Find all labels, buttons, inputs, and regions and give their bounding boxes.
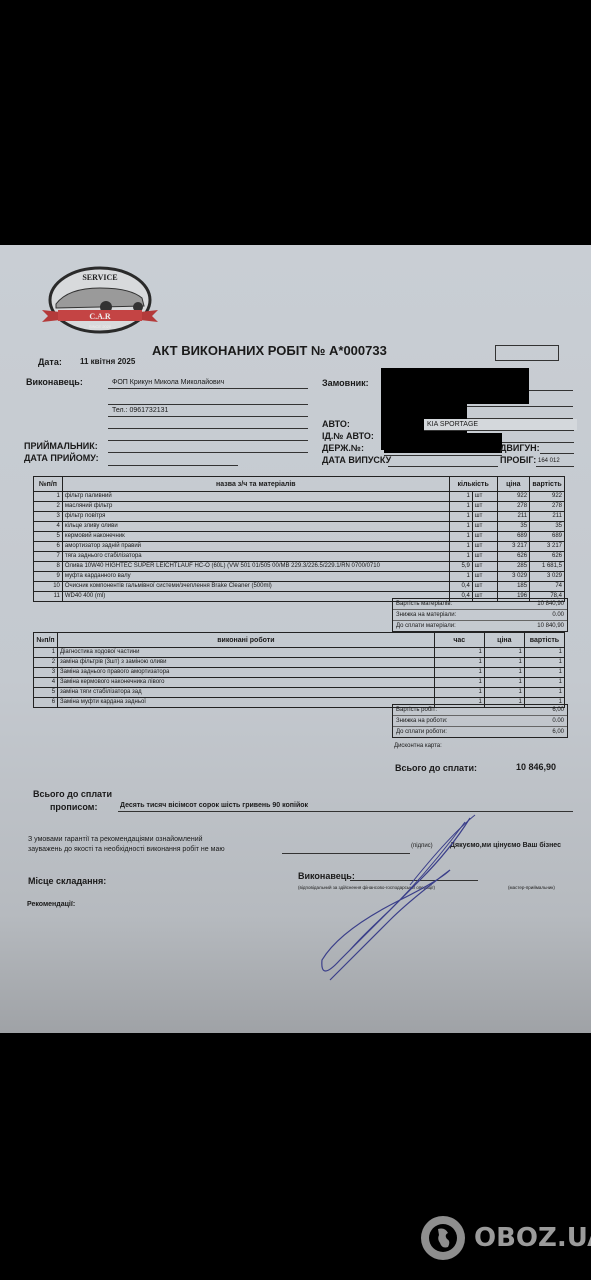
item-total: 3 217 (530, 542, 565, 552)
summary-value: 10 840,90 (537, 599, 564, 609)
table-row: 5кермовий наконечник1шт689689 (34, 532, 565, 542)
item-unit: шт (472, 502, 497, 512)
table-row: 4Заміна кермового наконечника лівого111 (34, 678, 565, 688)
summary-row: Знижка на роботи:0.00 (393, 716, 567, 727)
summary-label: До сплати матеріали: (396, 621, 456, 631)
item-total: 74 (530, 582, 565, 592)
item-total: 211 (530, 512, 565, 522)
work-total: 1 (524, 688, 564, 698)
svg-text:SINCE 2020: SINCE 2020 (89, 324, 112, 329)
svg-text:SERVICE: SERVICE (82, 273, 117, 282)
item-price: 626 (497, 552, 530, 562)
table-row: 8Олива 10W40 HIGHTEC SUPER LEICHTLAUF HC… (34, 562, 565, 572)
table-row: 3Заміна заднього правого амортизатора111 (34, 668, 565, 678)
item-total: 689 (530, 532, 565, 542)
mileage-label: ПРОБІГ: (500, 455, 536, 465)
item-qty: 1 (449, 532, 472, 542)
work-name: Заміна муфти кардана задньої (58, 698, 435, 708)
work-price: 1 (484, 668, 524, 678)
item-price: 3 217 (497, 542, 530, 552)
item-total: 922 (530, 492, 565, 502)
vin-label: ІД.№ АВТО: (322, 431, 374, 441)
item-qty: 1 (449, 542, 472, 552)
item-total: 35 (530, 522, 565, 532)
work-hours: 1 (434, 668, 484, 678)
table-row: 2масляний фільтр1шт278278 (34, 502, 565, 512)
summary-row: До сплати роботи:6,00 (393, 727, 567, 737)
item-price: 35 (497, 522, 530, 532)
car-service-logo: SERVICE C.A.R SINCE 2020 (38, 264, 168, 336)
col-number: №п/п (34, 477, 63, 492)
grand-total-label: Всього до сплати: (395, 763, 477, 773)
item-price: 185 (497, 582, 530, 592)
redacted-customer (381, 368, 529, 404)
item-unit: шт (472, 512, 497, 522)
item-unit: шт (472, 492, 497, 502)
agreement-line-2: зауважень до якості та необхідності вико… (28, 846, 225, 853)
item-qty: 0,4 (449, 582, 472, 592)
item-name: фільтр повітря (62, 512, 449, 522)
col-work-name: виконані роботи (58, 633, 435, 648)
row-number: 11 (34, 592, 63, 602)
redacted-plate (384, 433, 502, 453)
summary-row: Знижка на матеріали:0.00 (393, 610, 567, 621)
row-number: 6 (34, 698, 58, 708)
item-qty: 1 (449, 502, 472, 512)
item-unit: шт (472, 522, 497, 532)
summary-label: Вартість матеріалів: (396, 599, 452, 609)
item-qty: 1 (449, 522, 472, 532)
work-hours: 1 (434, 648, 484, 658)
executor-label: Виконавець: (26, 377, 83, 387)
item-name: Очисник компонентів гальмівної системи/з… (62, 582, 449, 592)
in-words-value: Десять тисяч вісімсот сорок шість гривен… (120, 802, 308, 809)
grand-total-value: 10 846,90 (516, 762, 556, 772)
item-total: 3 029 (530, 572, 565, 582)
col-hours: час (434, 633, 484, 648)
table-row: 3фільтр повітря1шт211211 (34, 512, 565, 522)
item-price: 922 (497, 492, 530, 502)
item-price: 278 (497, 502, 530, 512)
work-price: 1 (484, 688, 524, 698)
customer-label: Замовник: (322, 378, 369, 388)
receiver-label: ПРИЙМАЛЬНИК: (24, 441, 98, 451)
table-row: 6амортизатор задній правий1шт3 2173 217 (34, 542, 565, 552)
item-name: тяга заднього стабілізатора (62, 552, 449, 562)
row-number: 1 (34, 648, 58, 658)
work-price: 1 (484, 658, 524, 668)
item-qty: 1 (449, 492, 472, 502)
item-price: 285 (497, 562, 530, 572)
item-price: 689 (497, 532, 530, 542)
engine-label: ДВИГУН: (500, 443, 540, 453)
item-unit: шт (472, 532, 497, 542)
col-number: №п/п (34, 633, 58, 648)
item-price: 211 (497, 512, 530, 522)
item-unit: шт (472, 582, 497, 592)
item-unit: шт (472, 552, 497, 562)
row-number: 10 (34, 582, 63, 592)
handwritten-signature (300, 810, 490, 990)
item-qty: 1 (449, 512, 472, 522)
table-row: 9муфта карданного валу1шт3 0293 029 (34, 572, 565, 582)
car-label: АВТО: (322, 419, 350, 429)
summary-row: Вартість робіт:6,00 (393, 705, 567, 716)
svg-text:C.A.R: C.A.R (89, 312, 111, 321)
recommendations-label: Рекомендації: (27, 901, 75, 908)
col-total: вартість (530, 477, 565, 492)
row-number: 3 (34, 668, 58, 678)
table-row: 5заміна тяги стабілізатора зад111 (34, 688, 565, 698)
item-qty: 1 (449, 572, 472, 582)
summary-row: Вартість матеріалів:10 840,90 (393, 599, 567, 610)
work-total: 1 (524, 668, 564, 678)
table-row: 1Діагностика ходової частини111 (34, 648, 565, 658)
summary-value: 0.00 (552, 610, 564, 620)
summary-label: До сплати роботи: (396, 727, 447, 737)
phone-value: Тел.: 0961732131 (112, 407, 168, 414)
item-total: 626 (530, 552, 565, 562)
materials-summary: Вартість матеріалів:10 840,90Знижка на м… (392, 598, 568, 632)
receive-date-label: ДАТА ПРИЙОМУ: (24, 453, 99, 463)
discount-card-label: Дисконтна карта: (394, 743, 442, 749)
row-number: 4 (34, 522, 63, 532)
row-number: 6 (34, 542, 63, 552)
item-total: 1 681,5 (530, 562, 565, 572)
item-name: масляний фільтр (62, 502, 449, 512)
row-number: 5 (34, 532, 63, 542)
item-name: Олива 10W40 HIGHTEC SUPER LEICHTLAUF HC-… (62, 562, 449, 572)
work-name: заміна тяги стабілізатора зад (58, 688, 435, 698)
work-hours: 1 (434, 678, 484, 688)
table-row: 1фільтр паливний1шт922922 (34, 492, 565, 502)
item-name: фільтр паливний (62, 492, 449, 502)
item-total: 278 (530, 502, 565, 512)
item-name: кермовий наконечник (62, 532, 449, 542)
summary-label: Вартість робіт: (396, 705, 437, 715)
col-qty: кількість (449, 477, 497, 492)
watermark-text: OBOZ.UA (474, 1223, 591, 1253)
item-qty: 5,9 (449, 562, 472, 572)
work-name: Заміна кермового наконечника лівого (58, 678, 435, 688)
master-note: (мастер-приймальник) (508, 885, 555, 890)
summary-row: До сплати матеріали:10 840,90 (393, 621, 567, 631)
table-row: 4кільце зливу оливи1шт3535 (34, 522, 565, 532)
empty-box (495, 345, 559, 361)
work-hours: 1 (434, 658, 484, 668)
work-total: 1 (524, 678, 564, 688)
mileage-value: 164 012 (538, 458, 560, 464)
place-label: Місце складання: (28, 876, 106, 886)
col-total: вартість (524, 633, 564, 648)
work-total: 1 (524, 648, 564, 658)
summary-value: 10 840,90 (537, 621, 564, 631)
document-title: АКТ ВИКОНАНИХ РОБІТ № А*000733 (152, 343, 387, 358)
row-number: 4 (34, 678, 58, 688)
row-number: 5 (34, 688, 58, 698)
summary-label: Знижка на матеріали: (396, 610, 456, 620)
table-row: 7тяга заднього стабілізатора1шт626626 (34, 552, 565, 562)
row-number: 1 (34, 492, 63, 502)
work-hours: 1 (434, 688, 484, 698)
table-row: 2заміна фільтрів (3шт) з заміною оливи11… (34, 658, 565, 668)
agreement-line-1: З умовами гарантії та рекомендаціями озн… (28, 836, 203, 843)
item-unit: шт (472, 542, 497, 552)
row-number: 8 (34, 562, 63, 572)
oboz-watermark: OBOZ.UA (420, 1215, 591, 1261)
year-label: ДАТА ВИПУСКУ (322, 455, 391, 465)
executor-value: ФОП Крикун Микола Миколайович (112, 379, 224, 386)
works-table: №п/п виконані роботи час ціна вартість 1… (33, 632, 565, 708)
row-number: 7 (34, 552, 63, 562)
in-words-label-1: Всього до сплати (33, 789, 112, 799)
item-qty: 1 (449, 552, 472, 562)
work-price: 1 (484, 678, 524, 688)
summary-value: 6,00 (552, 727, 564, 737)
globe-icon (420, 1215, 466, 1261)
row-number: 2 (34, 502, 63, 512)
summary-value: 0.00 (552, 716, 564, 726)
work-name: Діагностика ходової частини (58, 648, 435, 658)
col-price: ціна (497, 477, 530, 492)
work-price: 1 (484, 648, 524, 658)
col-name: назва з/ч та матеріалів (62, 477, 449, 492)
table-row: 10Очисник компонентів гальмівної системи… (34, 582, 565, 592)
car-value: KIA SPORTAGE (424, 419, 577, 430)
plate-label: ДЕРЖ.№: (322, 443, 364, 453)
item-unit: шт (472, 562, 497, 572)
date-value: 11 квітня 2025 (80, 357, 135, 366)
work-name: заміна фільтрів (3шт) з заміною оливи (58, 658, 435, 668)
row-number: 3 (34, 512, 63, 522)
work-name: Заміна заднього правого амортизатора (58, 668, 435, 678)
item-name: кільце зливу оливи (62, 522, 449, 532)
row-number: 9 (34, 572, 63, 582)
item-name: амортизатор задній правий (62, 542, 449, 552)
item-name: муфта карданного валу (62, 572, 449, 582)
in-words-label-2: прописом: (50, 802, 97, 812)
works-summary: Вартість робіт:6,00Знижка на роботи:0.00… (392, 704, 568, 738)
item-price: 3 029 (497, 572, 530, 582)
summary-label: Знижка на роботи: (396, 716, 447, 726)
materials-table: №п/п назва з/ч та матеріалів кількість ц… (33, 476, 565, 602)
summary-value: 6,00 (552, 705, 564, 715)
col-price: ціна (484, 633, 524, 648)
row-number: 2 (34, 658, 58, 668)
item-unit: шт (472, 572, 497, 582)
date-label: Дата: (38, 357, 62, 367)
work-total: 1 (524, 658, 564, 668)
